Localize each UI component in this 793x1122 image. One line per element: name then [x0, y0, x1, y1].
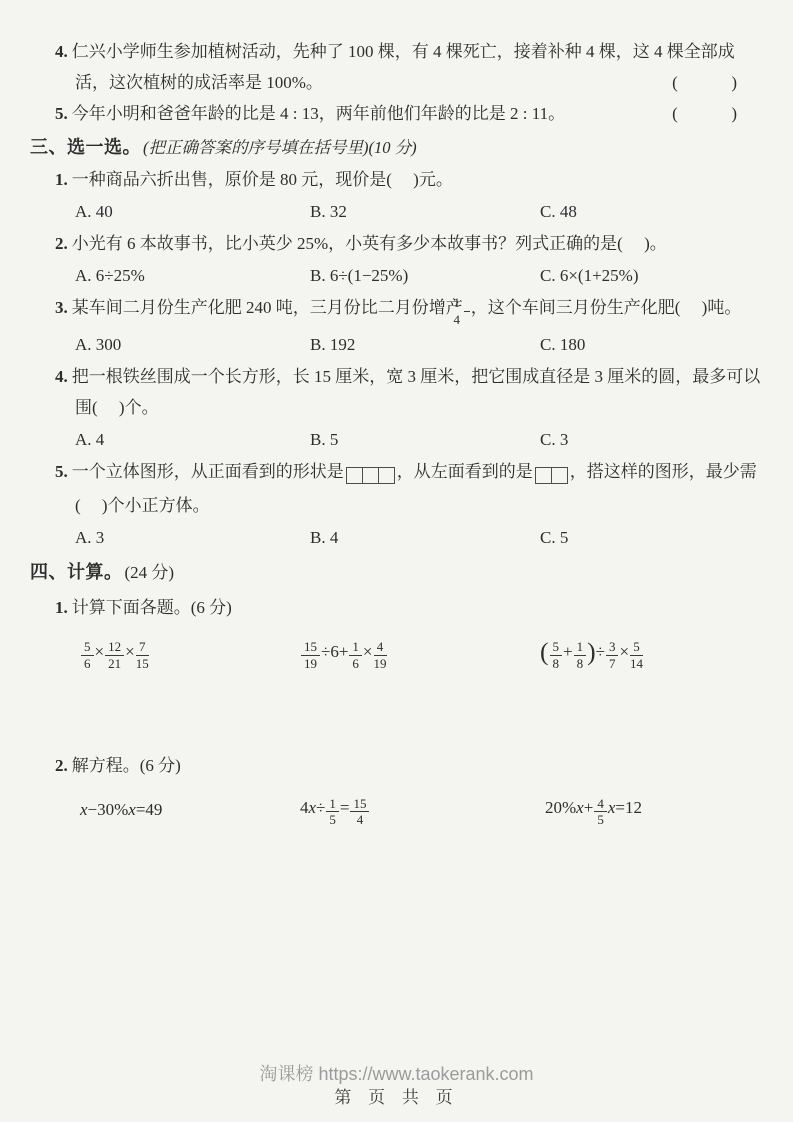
section3-title: 三、选一选。 [30, 137, 141, 157]
square-cell [346, 467, 363, 484]
page-footer: 淘课榜 https://www.taokerank.com 第 页 共 页 [0, 1062, 793, 1110]
choice-item-1: 1.一种商品六折出售，原价是 80 元，现价是( )元。 [55, 164, 763, 195]
square-cell [535, 467, 552, 484]
expression-1: 56×1221×715 [80, 637, 300, 672]
question-number: 4. [55, 367, 68, 386]
question-text: 把一根铁丝围成一个长方形，长 15 厘米，宽 3 厘米，把它围成直径是 3 厘米… [72, 367, 761, 417]
part-number: 2. [55, 756, 68, 775]
calc-part2-label: 2.解方程。(6 分) [55, 750, 763, 781]
worksheet-page: 4.仁兴小学师生参加植树活动，先种了 100 棵，有 4 棵死亡，接着补种 4 … [0, 0, 793, 1122]
equations-row: x−30%x=49 4x÷15=154 20%x+45x=12 [80, 793, 763, 828]
expression-3: (58+18)÷37×514 [540, 637, 763, 672]
question-text: 小光有 6 本故事书，比小英少 25%，小英有多少本故事书？列式正确的是( )。 [72, 234, 667, 253]
equation-3: 20%x+45x=12 [545, 793, 763, 828]
expression-2: 1519÷6+16×419 [300, 637, 540, 672]
fraction: 18 [574, 639, 587, 671]
judge-item-4: 4.仁兴小学师生参加植树活动，先种了 100 棵，有 4 棵死亡，接着补种 4 … [55, 36, 763, 98]
equation-1: x−30%x=49 [80, 795, 300, 825]
choice-item-5: 5.一个立体图形，从正面看到的形状是，从左面看到的是，搭这样的图形，最少需( )… [55, 456, 763, 521]
big-paren: ( [540, 637, 549, 666]
judge-item-5: 5.今年小明和爸爸年龄的比是 4 : 13，两年前他们年龄的比是 2 : 11。… [55, 98, 763, 129]
options-row-5: A. 3 B. 4 C. 5 [75, 521, 763, 554]
cube-view-squares [535, 459, 568, 490]
part-label: 计算下面各题。(6 分) [72, 598, 232, 617]
fraction: 45 [594, 796, 607, 828]
calc-part1-label: 1.计算下面各题。(6 分) [55, 592, 763, 623]
option-b: B. 4 [310, 521, 540, 554]
fraction: 58 [550, 639, 563, 671]
footer-page-label: 第 页 共 页 [0, 1086, 793, 1110]
cube-view-squares [346, 459, 395, 490]
question-number: 5. [55, 104, 68, 123]
options-row-3: A. 300 B. 192 C. 180 [75, 328, 763, 361]
question-number: 4. [55, 42, 68, 61]
question-number: 1. [55, 170, 68, 189]
option-b: B. 192 [310, 328, 540, 361]
option-c: C. 3 [540, 423, 763, 456]
option-c: C. 6×(1+25%) [540, 259, 763, 292]
section4-header: 四、计算。(24 分) [30, 556, 763, 589]
option-c: C. 180 [540, 328, 763, 361]
question-text: 仁兴小学师生参加植树活动，先种了 100 棵，有 4 棵死亡，接着补种 4 棵，… [72, 42, 735, 92]
question-number: 5. [55, 462, 68, 481]
option-a: A. 4 [75, 423, 310, 456]
fraction: 715 [136, 639, 149, 671]
answer-parentheses: ( ) [672, 98, 738, 129]
fraction: 56 [81, 639, 94, 671]
part-number: 1. [55, 598, 68, 617]
question-text: 某车间二月份生产化肥 240 吨，三月份比二月份增产14，这个车间三月份生产化肥… [72, 298, 742, 317]
answer-parentheses: ( ) [672, 67, 738, 98]
fraction: 16 [349, 639, 362, 671]
option-b: B. 6÷(1−25%) [310, 259, 540, 292]
fraction: 514 [630, 639, 643, 671]
square-cell [551, 467, 568, 484]
fraction: 1221 [105, 639, 124, 671]
work-space [30, 671, 763, 747]
option-a: A. 300 [75, 328, 310, 361]
question-text: 今年小明和爸爸年龄的比是 4 : 13，两年前他们年龄的比是 2 : 11。 [72, 104, 565, 123]
section4-score: (24 分) [125, 563, 175, 582]
fraction: 154 [350, 796, 369, 828]
options-row-1: A. 40 B. 32 C. 48 [75, 195, 763, 228]
choice-item-4: 4.把一根铁丝围成一个长方形，长 15 厘米，宽 3 厘米，把它围成直径是 3 … [55, 361, 763, 423]
question-text: 一种商品六折出售，原价是 80 元，现价是( )元。 [72, 170, 453, 189]
square-cell [378, 467, 395, 484]
section4-title: 四、计算。 [30, 562, 123, 582]
fraction: 1519 [301, 639, 320, 671]
options-row-2: A. 6÷25% B. 6÷(1−25%) C. 6×(1+25%) [75, 259, 763, 292]
option-b: B. 5 [310, 423, 540, 456]
square-cell [362, 467, 379, 484]
option-c: C. 5 [540, 521, 763, 554]
section3-note: (把正确答案的序号填在括号里)(10 分) [143, 138, 417, 157]
question-number: 3. [55, 298, 68, 317]
choice-item-2: 2.小光有 6 本故事书，比小英少 25%，小英有多少本故事书？列式正确的是( … [55, 228, 763, 259]
equation-2: 4x÷15=154 [300, 793, 545, 828]
option-b: B. 32 [310, 195, 540, 228]
fraction: 14 [464, 295, 470, 327]
option-a: A. 6÷25% [75, 259, 310, 292]
options-row-4: A. 4 B. 5 C. 3 [75, 423, 763, 456]
calc-expressions-row: 56×1221×715 1519÷6+16×419 (58+18)÷37×514 [80, 637, 763, 672]
question-number: 2. [55, 234, 68, 253]
footer-site-text: 淘课榜 https://www.taokerank.com [0, 1062, 793, 1086]
part-label: 解方程。(6 分) [72, 756, 181, 775]
option-a: A. 40 [75, 195, 310, 228]
option-c: C. 48 [540, 195, 763, 228]
fraction: 419 [374, 639, 387, 671]
section3-header: 三、选一选。(把正确答案的序号填在括号里)(10 分) [30, 131, 763, 164]
fraction: 15 [326, 796, 339, 828]
option-a: A. 3 [75, 521, 310, 554]
big-paren: ) [587, 637, 596, 666]
fraction: 37 [606, 639, 619, 671]
choice-item-3: 3.某车间二月份生产化肥 240 吨，三月份比二月份增产14，这个车间三月份生产… [55, 292, 763, 328]
question-text: 一个立体图形，从正面看到的形状是，从左面看到的是，搭这样的图形，最少需( )个小… [72, 462, 757, 515]
